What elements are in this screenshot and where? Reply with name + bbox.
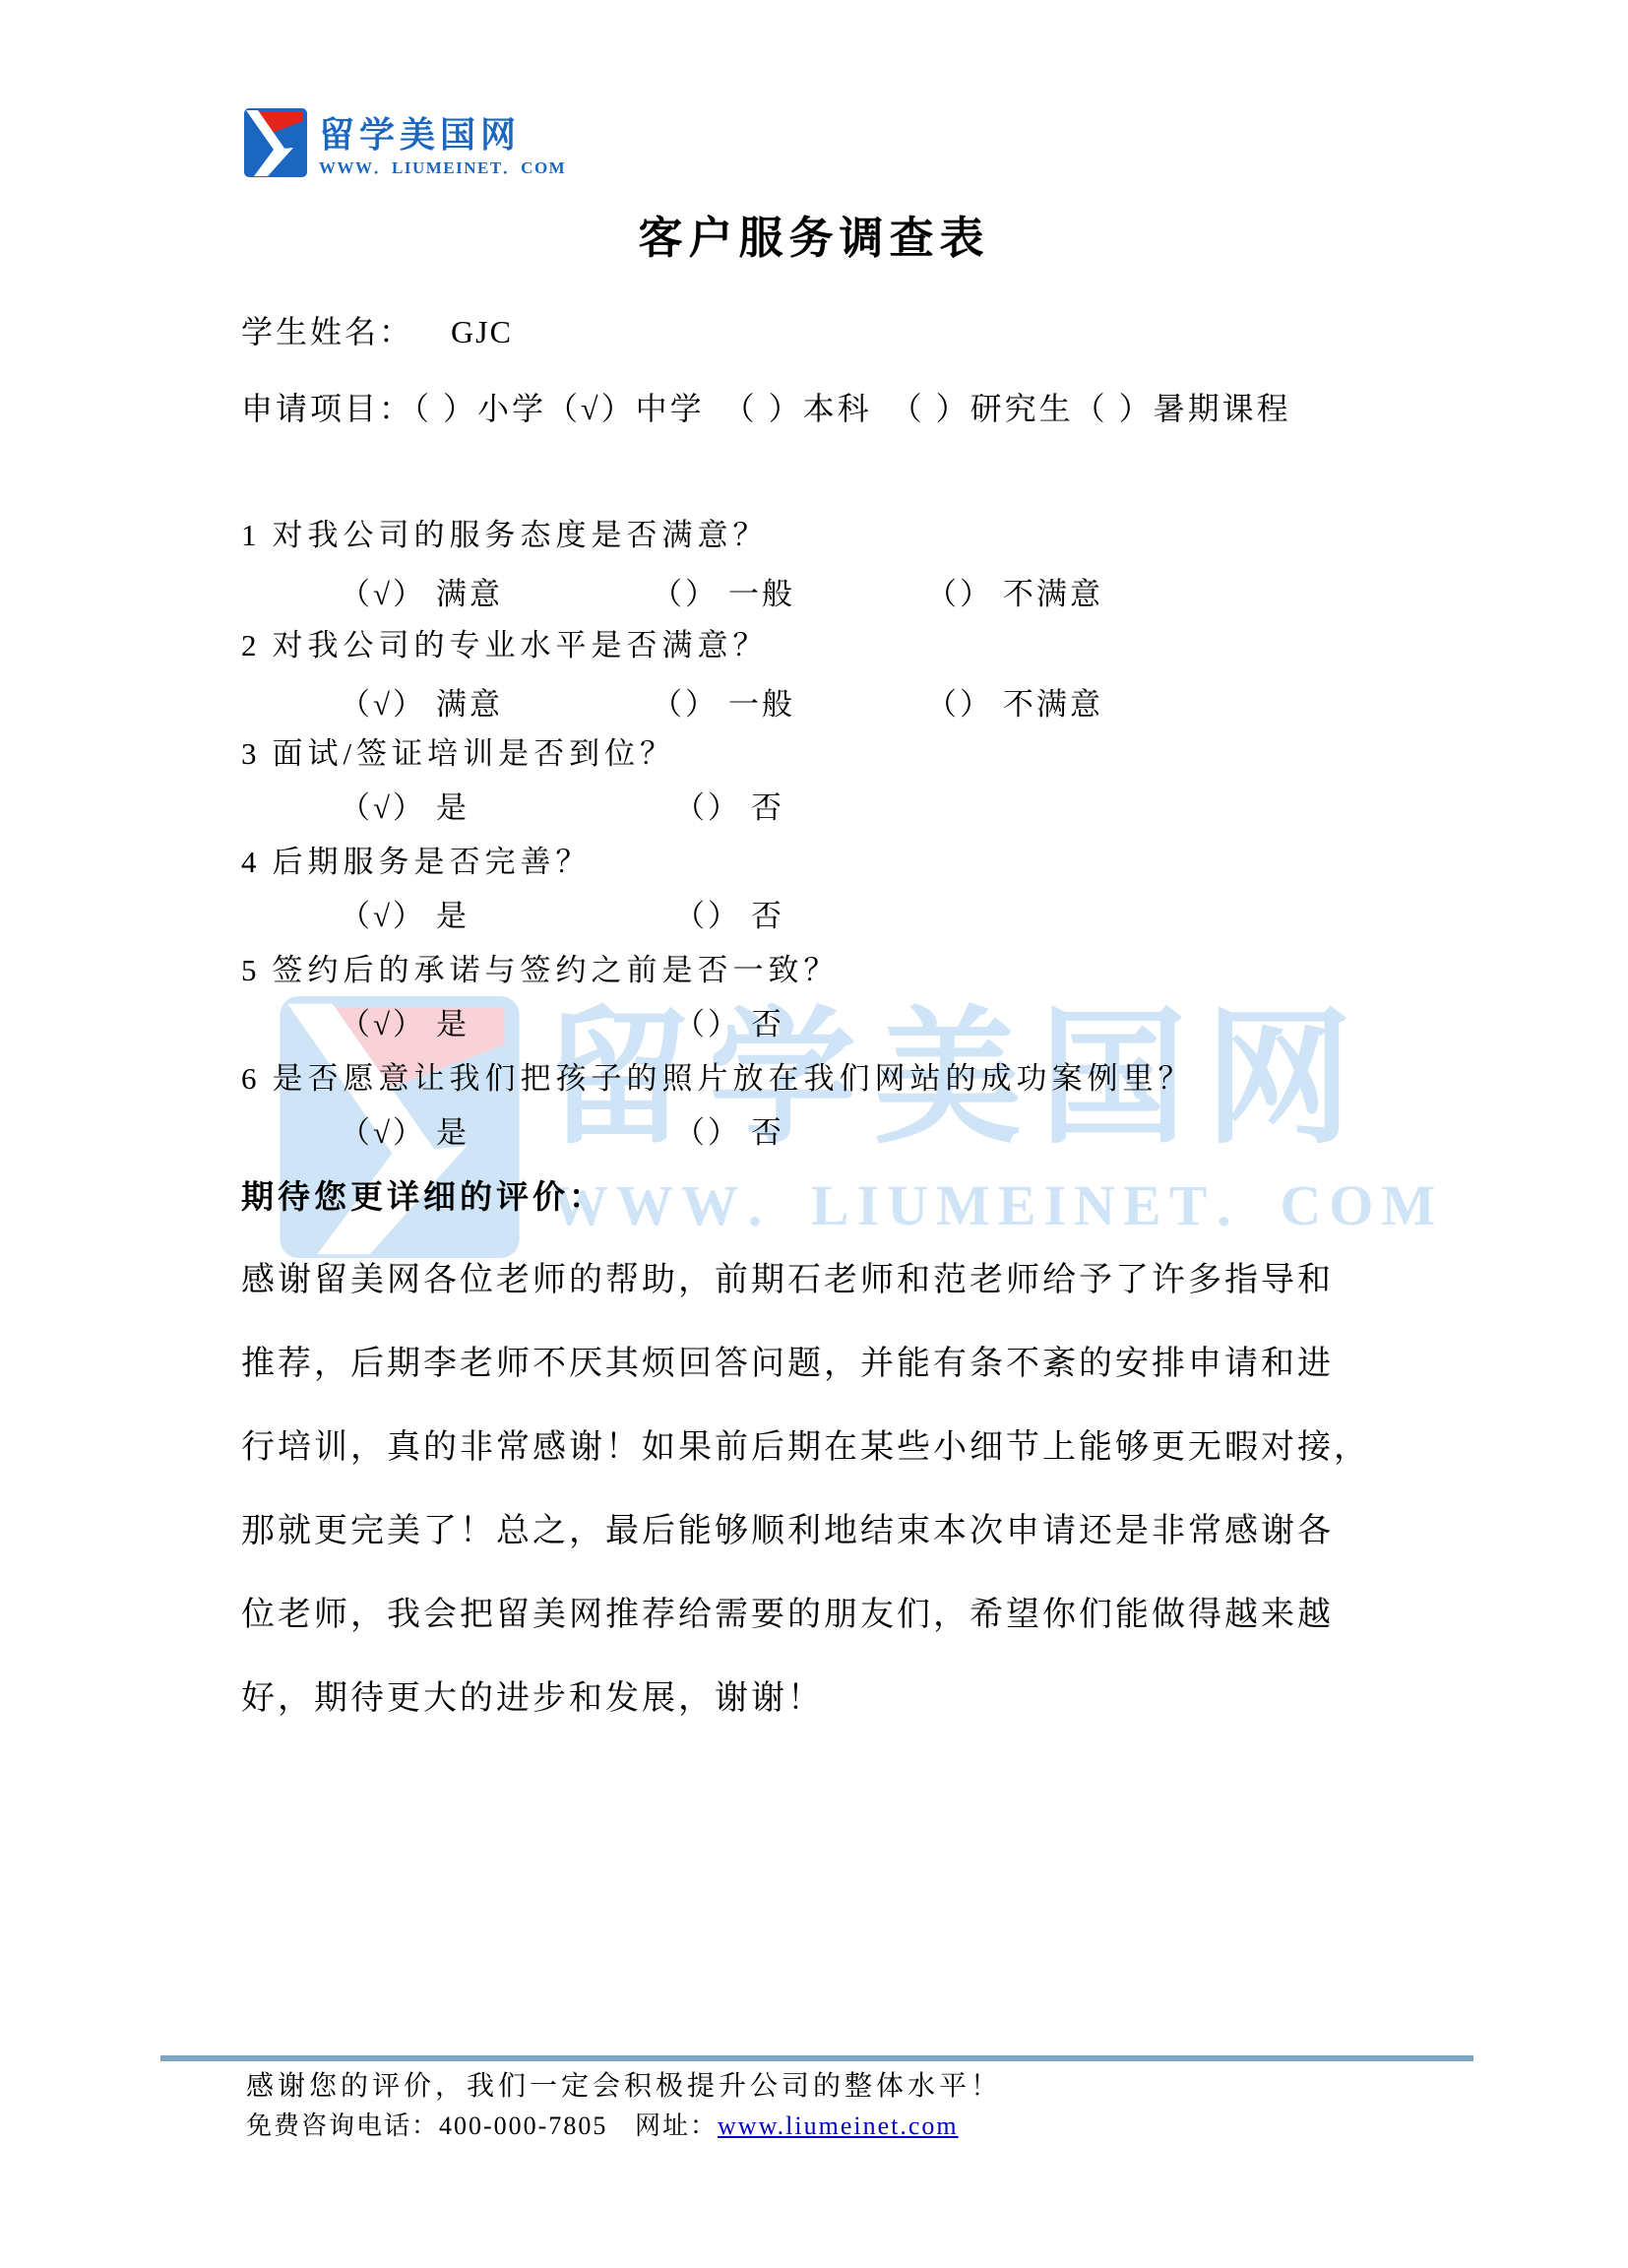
option-average: （）一般 xyxy=(652,569,795,613)
company-brand-name: 留学美国网 xyxy=(319,114,566,157)
option-label: 是 xyxy=(436,790,470,825)
question-3-text: 面试/签证培训是否到位？ xyxy=(273,736,676,771)
option-yes: （√）是 xyxy=(340,1107,470,1152)
site-label: 网址： xyxy=(635,2111,718,2140)
question-6: 6是否愿意让我们把孩子的照片放在我们网站的成功案例里？ xyxy=(241,1053,1194,1098)
question-5-number: 5 xyxy=(241,953,257,987)
question-1: 1对我公司的服务态度是否满意？ xyxy=(241,510,769,554)
option-label: 是 xyxy=(436,899,470,933)
checkbox-unchecked: （） xyxy=(674,1115,741,1150)
question-4-text: 后期服务是否完善？ xyxy=(273,845,592,879)
question-1-number: 1 xyxy=(241,518,257,552)
option-label: 否 xyxy=(751,1007,784,1041)
question-4: 4后期服务是否完善？ xyxy=(241,837,592,881)
phone-label: 免费咨询电话： xyxy=(246,2111,439,2140)
checkbox-checked: （√） xyxy=(340,687,426,722)
footer-phone: 免费咨询电话：400-000-7805 xyxy=(246,2106,607,2142)
option-label: 否 xyxy=(751,790,784,825)
checkbox-checked: （√） xyxy=(340,790,426,825)
option-label: 是 xyxy=(436,1007,470,1041)
option-yes: （√）是 xyxy=(340,783,470,827)
question-5-text: 签约后的承诺与签约之前是否一致？ xyxy=(273,953,840,987)
question-4-number: 4 xyxy=(241,845,257,879)
evaluation-line: 行培训，真的非常感谢！如果前后期在某些小细节上能够更无暇对接， xyxy=(241,1419,1370,1468)
checkbox-checked: （√） xyxy=(340,899,426,933)
checkbox-unchecked: （） xyxy=(926,687,993,722)
option-label: 不满意 xyxy=(1003,687,1103,722)
question-3: 3面试/签证培训是否到位？ xyxy=(241,728,675,773)
question-6-number: 6 xyxy=(241,1061,257,1096)
checkbox-checked: （√） xyxy=(340,577,426,611)
option-yes: （√）是 xyxy=(340,891,470,935)
option-unsatisfied: （）不满意 xyxy=(926,569,1103,613)
option-no: （）否 xyxy=(674,1107,784,1152)
footer-thanks-text: 感谢您的评价，我们一定会积极提升公司的整体水平！ xyxy=(246,2064,1002,2104)
option-unsatisfied: （）不满意 xyxy=(926,679,1103,724)
option-label: 是 xyxy=(436,1115,470,1150)
checkbox-unchecked: （） xyxy=(674,899,741,933)
survey-document-page: 留学美国网 WWW．LIUMEINET．COM 留学美国网 WWW．LIUMEI… xyxy=(0,0,1628,2268)
phone-number: 400-000-7805 xyxy=(439,2111,607,2140)
option-label: 满意 xyxy=(436,577,503,611)
website-link[interactable]: www.liumeinet.com xyxy=(718,2111,959,2140)
option-label: 一般 xyxy=(728,577,795,611)
checkbox-unchecked: （） xyxy=(674,790,741,825)
option-satisfied: （√）满意 xyxy=(340,569,503,613)
option-average: （）一般 xyxy=(652,679,795,724)
footer-site: 网址：www.liumeinet.com xyxy=(635,2106,959,2142)
footer-divider xyxy=(160,2055,1473,2061)
company-logo-text: 留学美国网 WWW．LIUMEINET．COM xyxy=(319,114,566,179)
evaluation-line: 那就更完美了！总之，最后能够顺利地结束本次申请还是非常感谢各 xyxy=(241,1503,1334,1551)
question-3-number: 3 xyxy=(241,736,257,771)
checkbox-checked: （√） xyxy=(340,1115,426,1150)
checkbox-unchecked: （） xyxy=(674,1007,741,1041)
company-brand-url: WWW．LIUMEINET．COM xyxy=(319,158,566,178)
evaluation-line: 位老师，我会把留美网推荐给需要的朋友们，希望你们能做得越来越 xyxy=(241,1587,1334,1635)
program-options: （ ）小学（√）中学 （ ）本科 （ ）研究生（ ）暑期课程 xyxy=(413,391,1291,426)
student-name-value: GJC xyxy=(451,314,513,349)
option-label: 否 xyxy=(751,1115,784,1150)
question-2-number: 2 xyxy=(241,628,257,662)
student-name-label: 学生姓名： xyxy=(241,314,413,349)
company-logo-icon xyxy=(244,108,307,177)
checkbox-unchecked: （） xyxy=(926,577,993,611)
option-label: 不满意 xyxy=(1003,577,1103,611)
page-title: 客户服务调查表 xyxy=(0,202,1628,266)
option-label: 满意 xyxy=(436,687,503,722)
company-logo: 留学美国网 WWW．LIUMEINET．COM xyxy=(244,108,566,179)
question-5: 5签约后的承诺与签约之前是否一致？ xyxy=(241,945,840,989)
evaluation-line: 好，期待更大的进步和发展，谢谢！ xyxy=(241,1670,824,1719)
evaluation-line: 感谢留美网各位老师的帮助，前期石老师和范老师给予了许多指导和 xyxy=(241,1252,1334,1300)
student-name-row: 学生姓名：GJC xyxy=(241,307,513,352)
option-label: 一般 xyxy=(728,687,795,722)
option-label: 否 xyxy=(751,899,784,933)
program-label: 申请项目： xyxy=(241,391,413,426)
evaluation-line: 推荐，后期李老师不厌其烦回答问题，并能有条不紊的安排申请和进 xyxy=(241,1336,1334,1384)
option-no: （）否 xyxy=(674,891,784,935)
checkbox-unchecked: （） xyxy=(652,687,719,722)
evaluation-heading: 期待您更详细的评价： xyxy=(241,1171,605,1218)
checkbox-unchecked: （） xyxy=(652,577,719,611)
checkbox-checked: （√） xyxy=(340,1007,426,1041)
question-6-text: 是否愿意让我们把孩子的照片放在我们网站的成功案例里？ xyxy=(273,1061,1194,1096)
option-no: （）否 xyxy=(674,999,784,1043)
question-2: 2对我公司的专业水平是否满意？ xyxy=(241,620,769,664)
document-content: 留学美国网 WWW．LIUMEINET．COM 客户服务调查表 学生姓名：GJC… xyxy=(0,0,1628,2268)
option-satisfied: （√）满意 xyxy=(340,679,503,724)
question-1-text: 对我公司的服务态度是否满意？ xyxy=(273,518,769,552)
question-2-text: 对我公司的专业水平是否满意？ xyxy=(273,628,769,662)
option-yes: （√）是 xyxy=(340,999,470,1043)
option-no: （）否 xyxy=(674,783,784,827)
program-row: 申请项目：（ ）小学（√）中学 （ ）本科 （ ）研究生（ ）暑期课程 xyxy=(241,384,1291,429)
